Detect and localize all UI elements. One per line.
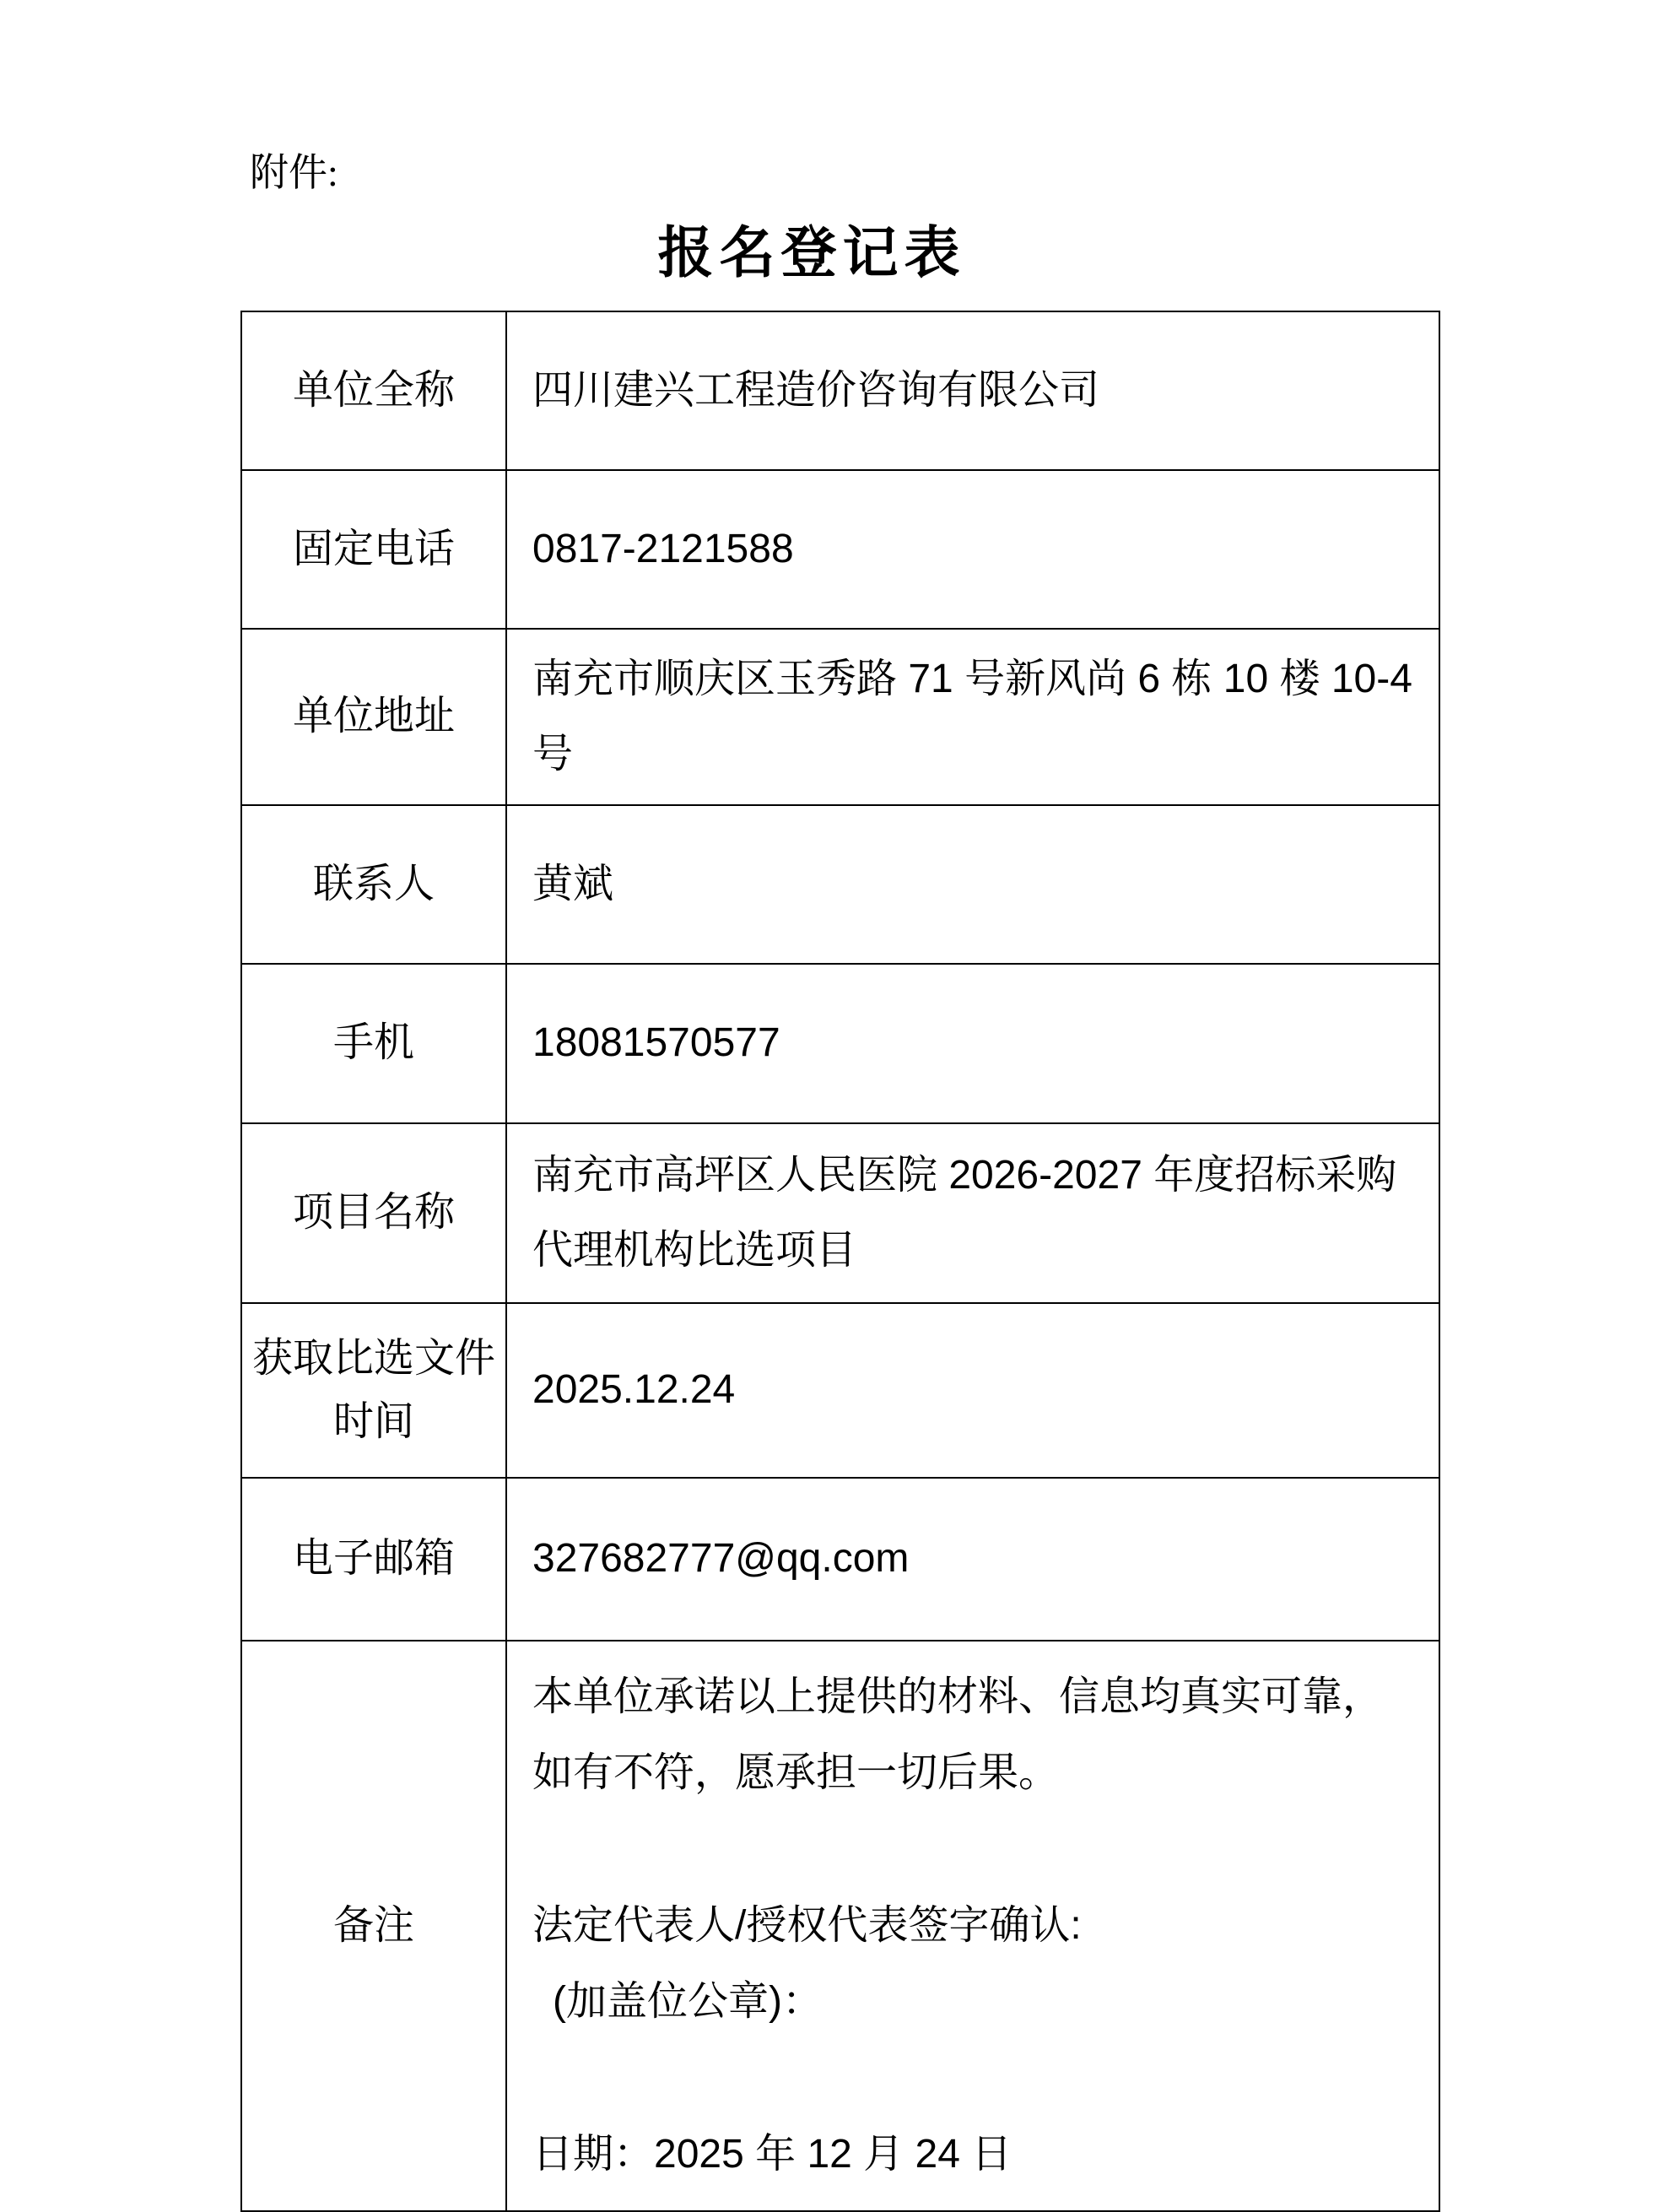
row-value: 2025.12.24	[506, 1303, 1439, 1478]
row-value: 327682777@qq.com	[506, 1478, 1439, 1641]
registration-table-body: 单位全称 四川建兴工程造价咨询有限公司 固定电话 0817-2121588 单位…	[241, 311, 1439, 2211]
table-row: 联系人 黄斌	[241, 805, 1439, 964]
row-label: 获取比选文件时间	[241, 1303, 506, 1478]
row-label: 电子邮箱	[241, 1478, 506, 1641]
row-value: 四川建兴工程造价咨询有限公司	[506, 311, 1439, 470]
row-label: 手机	[241, 964, 506, 1123]
row-label: 单位地址	[241, 629, 506, 805]
row-value: 南充市顺庆区玉秀路 71 号新风尚 6 栋 10 楼 10-4 号	[506, 629, 1439, 805]
row-label: 联系人	[241, 805, 506, 964]
row-value: 黄斌	[506, 805, 1439, 964]
registration-table: 单位全称 四川建兴工程造价咨询有限公司 固定电话 0817-2121588 单位…	[240, 311, 1440, 2212]
row-value: 18081570577	[506, 964, 1439, 1123]
table-row: 单位地址 南充市顺庆区玉秀路 71 号新风尚 6 栋 10 楼 10-4 号	[241, 629, 1439, 805]
row-value: 南充市高坪区人民医院 2026-2027 年度招标采购代理机构比选项目	[506, 1123, 1439, 1303]
table-row: 备注 本单位承诺以上提供的材料、信息均真实可靠，如有不符，愿承担一切后果。 法定…	[241, 1641, 1439, 2211]
table-row: 单位全称 四川建兴工程造价咨询有限公司	[241, 311, 1439, 470]
row-value: 0817-2121588	[506, 470, 1439, 629]
row-label: 项目名称	[241, 1123, 506, 1303]
row-label: 固定电话	[241, 470, 506, 629]
table-row: 获取比选文件时间 2025.12.24	[241, 1303, 1439, 1478]
table-row: 手机 18081570577	[241, 964, 1439, 1123]
document-page: 附件: 报名登记表 单位全称 四川建兴工程造价咨询有限公司 固定电话 0817-…	[0, 0, 1674, 2162]
row-value: 本单位承诺以上提供的材料、信息均真实可靠，如有不符，愿承担一切后果。 法定代表人…	[506, 1641, 1439, 2211]
attachment-label: 附件:	[250, 152, 338, 195]
table-row: 电子邮箱 327682777@qq.com	[241, 1478, 1439, 1641]
table-row: 固定电话 0817-2121588	[241, 470, 1439, 629]
table-row: 项目名称 南充市高坪区人民医院 2026-2027 年度招标采购代理机构比选项目	[241, 1123, 1439, 1303]
page-title: 报名登记表	[0, 218, 1623, 290]
row-label: 单位全称	[241, 311, 506, 470]
row-label: 备注	[241, 1641, 506, 2211]
